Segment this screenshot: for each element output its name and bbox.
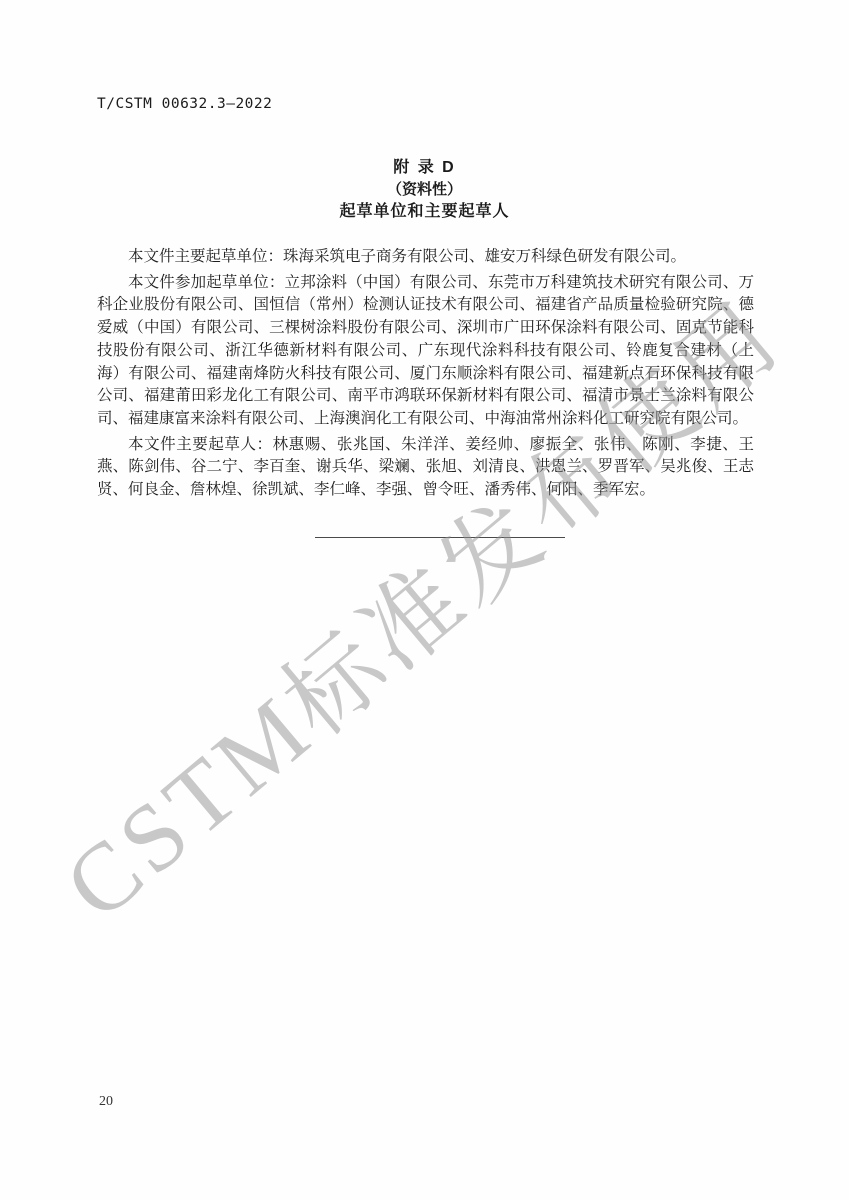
appendix-section-title: 起草单位和主要起草人 <box>0 201 849 223</box>
appendix-title-block: 附 录 D （资料性） 起草单位和主要起草人 <box>0 157 849 223</box>
document-page: T/CSTM 00632.3—2022 附 录 D （资料性） 起草单位和主要起… <box>0 0 849 1200</box>
end-of-document-divider <box>315 537 565 538</box>
paragraph-main-drafting-units: 本文件主要起草单位：珠海采筑电子商务有限公司、雄安万科绿色研发有限公司。 <box>97 246 754 269</box>
standard-code-header: T/CSTM 00632.3—2022 <box>97 96 272 112</box>
appendix-body: 本文件主要起草单位：珠海采筑电子商务有限公司、雄安万科绿色研发有限公司。 本文件… <box>97 246 754 505</box>
paragraph-participating-units: 本文件参加起草单位：立邦涂料（中国）有限公司、东莞市万科建筑技术研究有限公司、万… <box>97 272 754 431</box>
appendix-subtitle-informative: （资料性） <box>0 179 849 201</box>
paragraph-main-drafters: 本文件主要起草人：林惠赐、张兆国、朱洋洋、姜经帅、廖振全、张伟、陈刚、李捷、王燕… <box>97 434 754 502</box>
page-number: 20 <box>99 1094 113 1110</box>
appendix-title: 附 录 D <box>0 157 849 179</box>
